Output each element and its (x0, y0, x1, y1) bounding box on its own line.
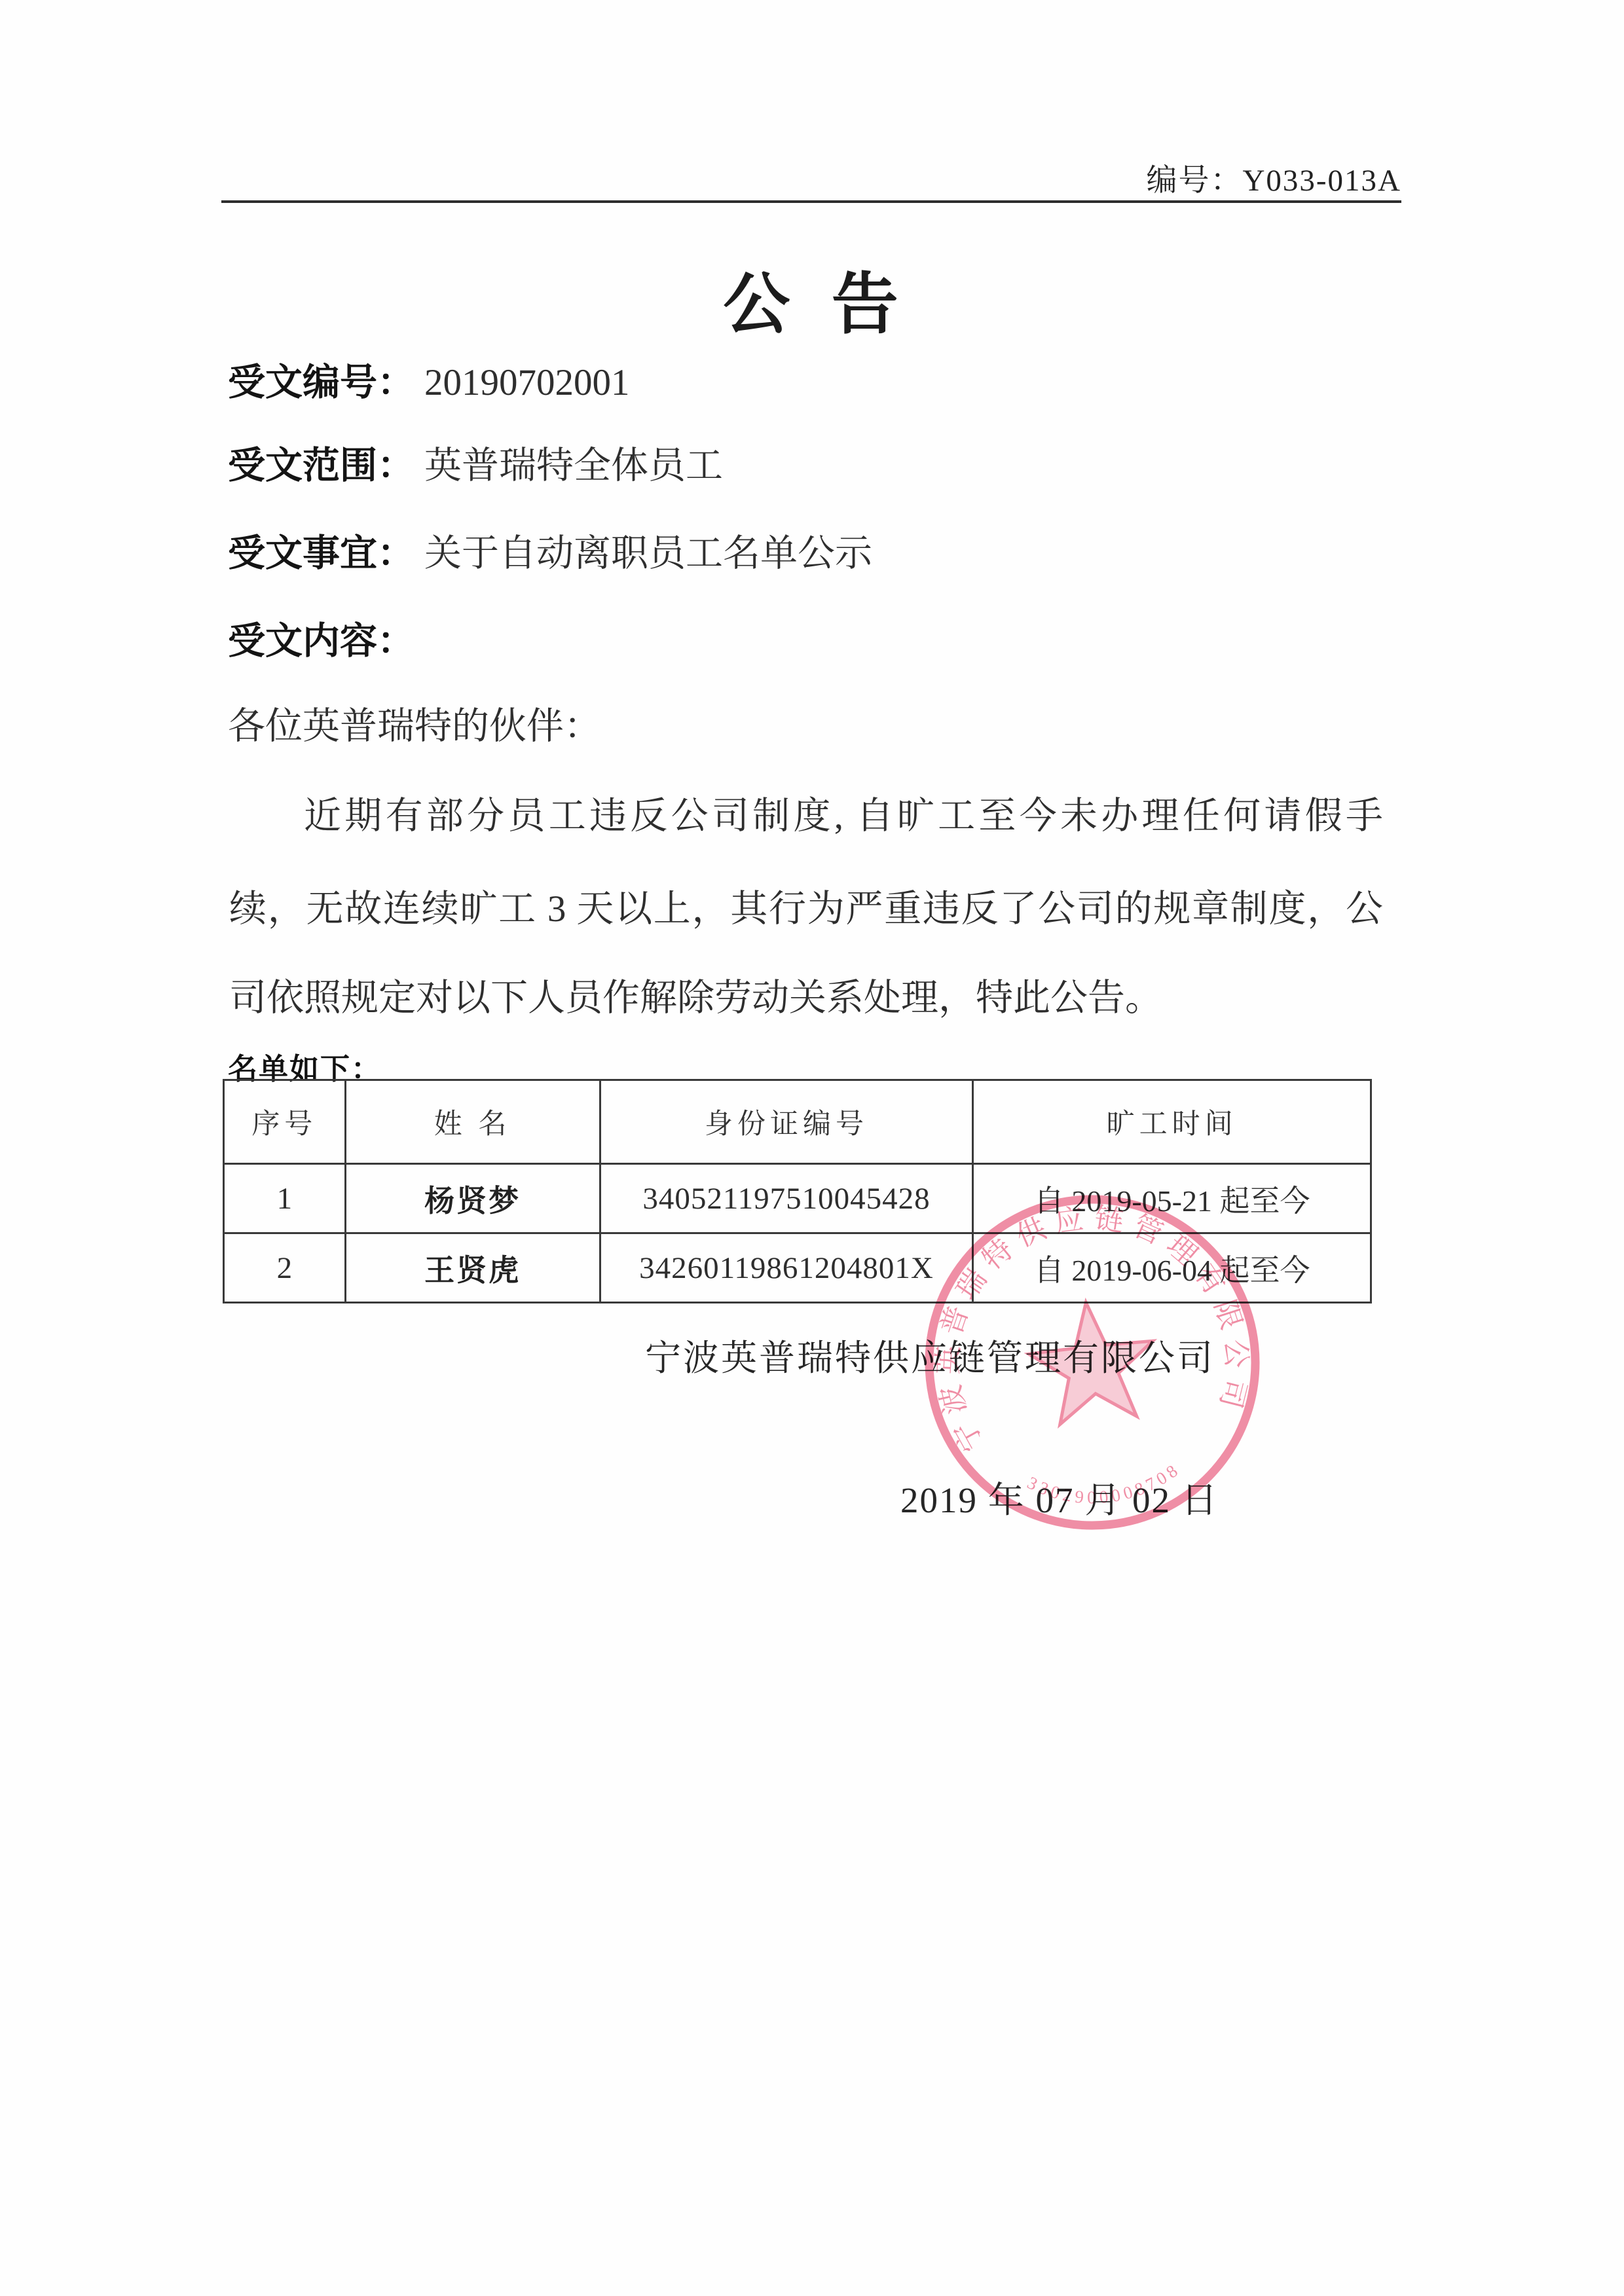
field-value: 英普瑞特全体员工 (424, 445, 723, 486)
cell-name: 王贤虎 (345, 1233, 600, 1303)
paragraph-line: 近期有部分员工违反公司制度, 自旷工至今未办理任何请假手 (229, 786, 1383, 839)
field-label: 受文范围： (228, 435, 424, 489)
field-row-scope: 受文范围：英普瑞特全体员工 (228, 435, 723, 489)
field-label: 受文编号： (228, 352, 424, 406)
table-header-row: 序号 姓 名 身份证编号 旷工时间 (224, 1080, 1371, 1164)
col-header-name: 姓 名 (345, 1080, 600, 1164)
header-rule (221, 200, 1401, 203)
col-header-absence: 旷工时间 (973, 1080, 1371, 1164)
paragraph-line: 续，无故连续旷工 3 天以上，其行为严重违反了公司的规章制度，公 (229, 879, 1383, 932)
cell-serial: 2 (224, 1233, 346, 1303)
field-label: 受文内容： (228, 611, 424, 665)
company-seal-stamp: 宁波英普瑞特供应链管理有限公司 3302900008708 (891, 1161, 1293, 1563)
field-row-doc-id: 受文编号：20190702001 (228, 352, 630, 406)
salutation: 各位英普瑞特的伙伴： (228, 696, 601, 750)
field-value: 关于自动离职员工名单公示 (424, 533, 872, 574)
cell-serial: 1 (224, 1164, 346, 1233)
col-header-id: 身份证编号 (600, 1080, 973, 1164)
document-page: 编号：Y033-013A 公 告 受文编号：20190702001 受文范围：英… (0, 0, 1624, 2296)
field-label: 受文事宜： (228, 523, 424, 577)
field-row-content: 受文内容： (228, 611, 424, 665)
doc-number: 编号：Y033-013A (1146, 156, 1401, 200)
col-header-serial: 序号 (224, 1080, 346, 1164)
field-value: 20190702001 (424, 362, 630, 403)
cell-name: 杨贤梦 (345, 1164, 600, 1233)
page-title: 公 告 (0, 251, 1624, 347)
field-row-subject: 受文事宜：关于自动离职员工名单公示 (228, 523, 872, 577)
seal-star-icon (1024, 1296, 1160, 1427)
paragraph-line: 司依照规定对以下人员作解除劳动关系处理，特此公告。 (229, 968, 1383, 1021)
